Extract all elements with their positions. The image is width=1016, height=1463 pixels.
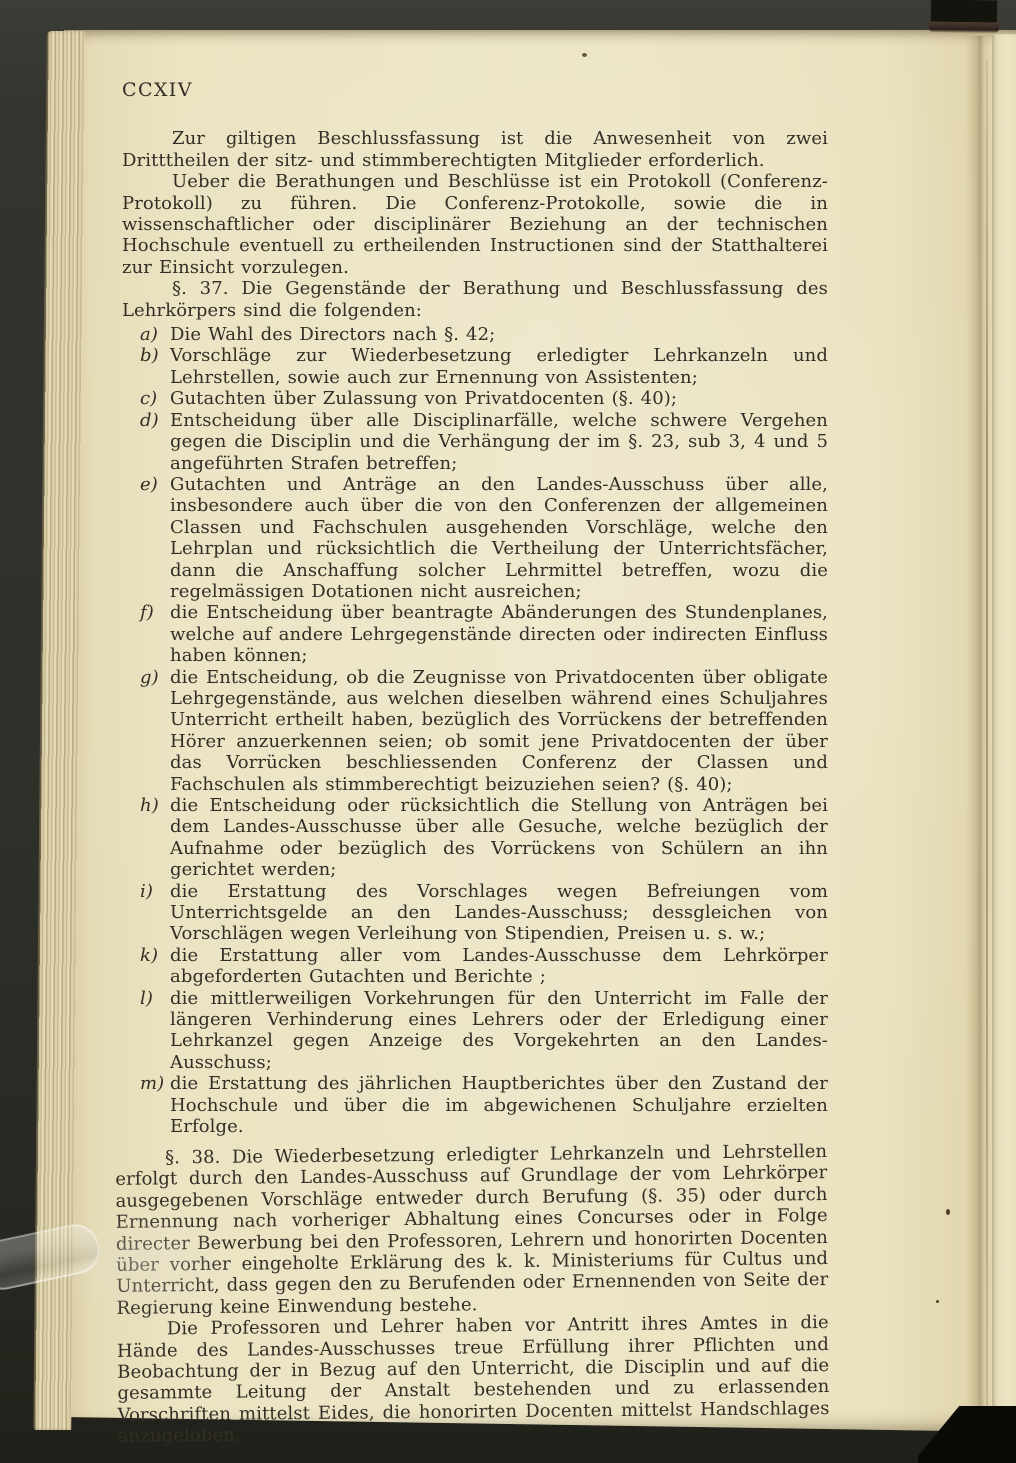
list-item-label: a) [140, 324, 170, 345]
list-item-label: g) [140, 667, 170, 795]
gutter-shadow [966, 36, 992, 1432]
book-scan: CCXIV Zur giltigen Beschlussfassung ist … [0, 0, 1016, 1463]
list-item-label: l) [140, 988, 170, 1074]
list-item: k) die Erstattung aller vom Landes-Aussc… [122, 945, 828, 988]
list-item: l) die mittlerweiligen Vorkehrungen für … [122, 988, 828, 1074]
dust-speck [946, 1209, 950, 1215]
list-item-text: die Entscheidung, ob die Zeugnisse von P… [170, 667, 828, 795]
list-item-label: e) [140, 474, 170, 602]
list-item: i) die Erstattung des Vorschlages wegen … [122, 881, 828, 945]
list-item-text: die mittlerweiligen Vorkehrungen für den… [170, 988, 828, 1074]
list-item-label: m) [140, 1073, 170, 1137]
list-item: e) Gutachten und Anträge an den Landes-A… [122, 474, 828, 602]
paragraph: Zur giltigen Beschlussfassung ist die An… [122, 128, 828, 171]
list-item: g) die Entscheidung, ob die Zeugnisse vo… [122, 667, 828, 795]
page-text: CCXIV Zur giltigen Beschlussfassung ist … [122, 80, 828, 1440]
list-item: f) die Entscheidung über beantragte Abän… [122, 602, 828, 666]
list-item-label: k) [140, 945, 170, 988]
list-item-label: d) [140, 410, 170, 474]
list-item: b) Vorschläge zur Wiederbesetzung erledi… [122, 345, 828, 388]
dust-speck [582, 53, 587, 57]
gutter-crease [986, 60, 988, 1430]
list-item: c) Gutachten über Zulassung von Privatdo… [122, 388, 828, 409]
enumerated-list: a) Die Wahl des Directors nach §. 42; b)… [122, 324, 828, 1137]
list-item-label: f) [140, 602, 170, 666]
list-item: a) Die Wahl des Directors nach §. 42; [122, 324, 828, 345]
list-item-text: Entscheidung über alle Disciplinarfälle,… [170, 410, 828, 474]
list-item-label: i) [140, 881, 170, 945]
list-item-text: Die Wahl des Directors nach §. 42; [170, 324, 828, 345]
list-item-label: b) [140, 345, 170, 388]
list-item-text: Gutachten über Zulassung von Privatdocen… [170, 388, 828, 409]
next-page-edge [992, 34, 1016, 1434]
list-item: d) Entscheidung über alle Disciplinarfäl… [122, 410, 828, 474]
list-item-text: die Erstattung des jährlichen Hauptberic… [170, 1073, 828, 1137]
list-item: h) die Entscheidung oder rücksichtlich d… [122, 795, 828, 881]
paragraph: Ueber die Berathungen und Beschlüsse ist… [122, 171, 828, 278]
dust-speck [936, 1300, 939, 1303]
list-item-text: Vorschläge zur Wiederbesetzung erledigte… [170, 345, 828, 388]
list-item-label: c) [140, 388, 170, 409]
list-item-text: die Entscheidung oder rücksichtlich die … [170, 795, 828, 881]
page-number: CCXIV [122, 80, 828, 101]
list-item: m) die Erstattung des jährlichen Hauptbe… [122, 1073, 828, 1137]
section-38-paragraph: §. 38. Die Wiederbesetzung erledigter Le… [115, 1141, 829, 1319]
list-item-label: h) [140, 795, 170, 881]
list-item-text: Gutachten und Anträge an den Landes-Auss… [170, 474, 828, 602]
closing-paragraphs: §. 38. Die Wiederbesetzung erledigter Le… [115, 1141, 830, 1448]
list-item-text: die Entscheidung über beantragte Abänder… [170, 602, 828, 666]
paragraph: Die Professoren und Lehrer haben vor Ant… [117, 1312, 830, 1447]
bookmark-tab-edge [929, 22, 999, 34]
list-item-text: die Erstattung des Vorschlages wegen Bef… [170, 881, 828, 945]
section-37-heading: §. 37. Die Gegenstände der Berathung und… [122, 278, 828, 321]
list-item-text: die Erstattung aller vom Landes-Ausschus… [170, 945, 828, 988]
